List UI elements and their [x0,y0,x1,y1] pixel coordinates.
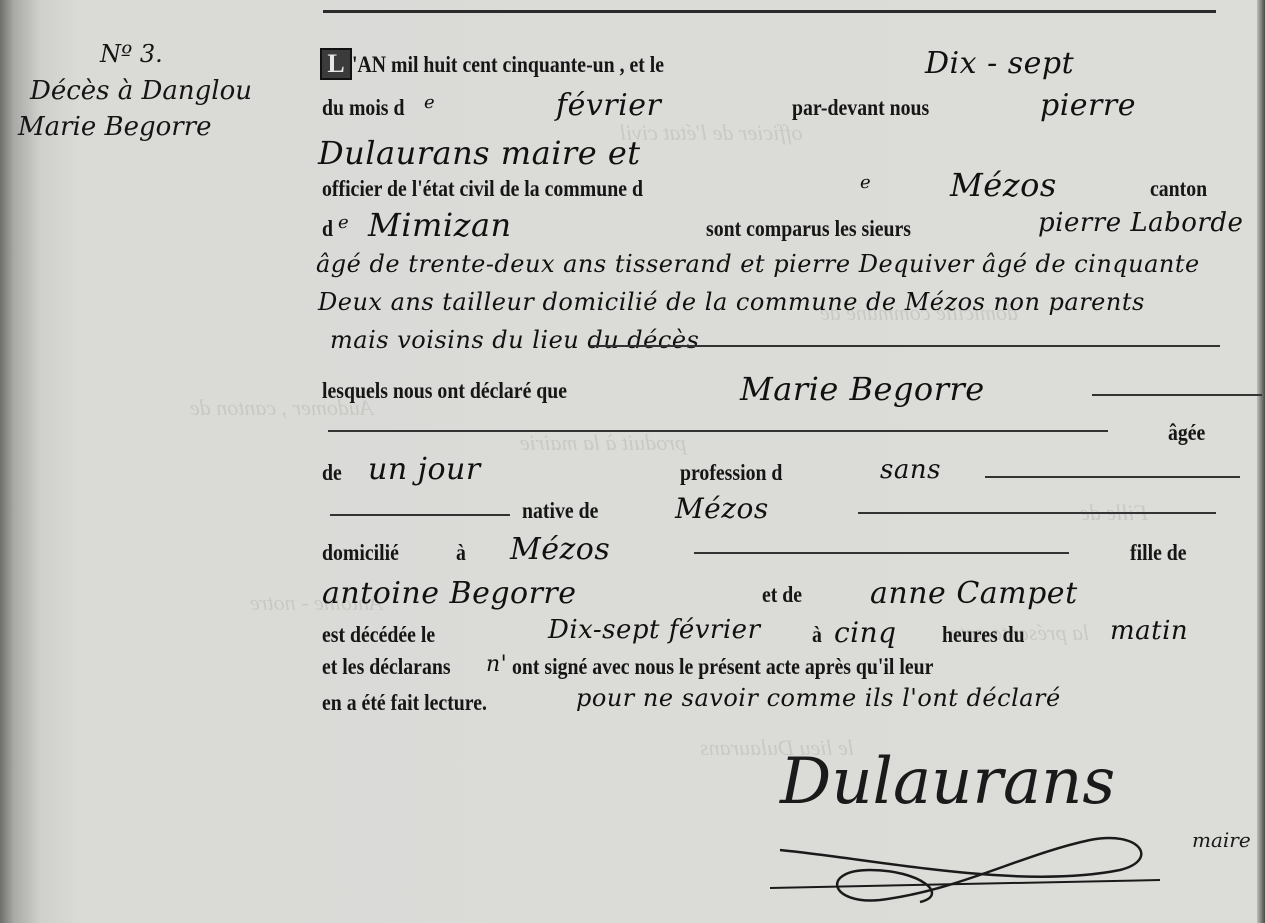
printed-text: lesquels nous ont déclaré que [322,378,567,404]
printed-text: canton [1150,176,1207,202]
printed-text: à [812,622,822,648]
handwritten-profession: sans [880,455,941,485]
handwritten-commune: Mézos [950,166,1057,204]
handwritten-text: e [424,92,435,113]
handwritten-mayor-firstname: pierre [1040,88,1136,123]
printed-text: âgée [1168,420,1205,446]
handwritten-declaration: pour ne savoir comme ils l'ont déclaré [576,684,1061,712]
handwritten-age: un jour [368,452,481,487]
record-number: Nº 3. [100,40,163,68]
printed-text: et les déclarans [322,654,451,680]
margin-note-deces: Décès à Danglou [30,76,252,106]
printed-text: native de [522,498,598,524]
fill-line [590,345,1220,347]
printed-text: par-devant nous [792,95,929,121]
printed-text: heures du [942,622,1025,648]
scanned-page: officier de l'état civil domicilié commu… [0,0,1265,923]
signature-flourish-icon [760,830,1180,910]
printed-text: 'AN mil huit cent cinquante-un , et le [352,52,664,78]
handwritten-witness-details: Deux ans tailleur domicilié de la commun… [318,288,1145,316]
fill-line [985,476,1240,478]
handwritten-time-of-day: matin [1110,616,1188,646]
top-rule [323,10,1216,13]
handwritten-day: Dix - sept [925,46,1074,81]
page-edge-shadow [1257,0,1265,923]
printed-text: est décédée le [322,622,435,648]
printed-text: d [322,216,333,242]
margin-note-name: Marie Begorre [18,112,212,142]
printed-text: officier de l'état civil de la commune d [322,176,643,202]
bleed-through-text: produit à la mairie [520,430,686,456]
printed-text: domicilié [322,540,399,566]
printed-text: profession d [680,460,782,486]
printed-text: de [322,460,342,486]
handwritten-witness1: pierre Laborde [1038,208,1243,238]
handwritten-mayor-name: Dulaurans maire et [318,134,641,172]
handwritten-witness-details: âgé de trente-deux ans tisserand et pier… [316,250,1200,278]
handwritten-negation: n' [486,652,507,677]
handwritten-deceased-name: Marie Begorre [740,370,985,408]
handwritten-domicile: Mézos [510,532,610,567]
fill-line [694,552,1069,554]
handwritten-death-hour: cinq [834,616,897,649]
handwritten-death-date: Dix-sept février [548,615,761,645]
fill-line [328,430,1108,432]
handwritten-mother-name: anne Campet [870,576,1078,611]
signature-title: maire [1192,828,1251,852]
drop-cap: L [320,48,352,80]
handwritten-text: e [338,212,349,233]
printed-text: sont comparus les sieurs [706,216,911,242]
handwritten-month: février [556,88,661,123]
printed-text: ont signé avec nous le présent acte aprè… [512,654,933,680]
handwritten-father-name: antoine Begorre [322,576,577,611]
printed-text: et de [762,582,802,608]
printed-text: en a été fait lecture. [322,690,487,716]
fill-line [1092,394,1262,396]
bleed-through-text: officier de l'état civil [620,120,802,146]
handwritten-text: e [860,172,871,193]
fill-line [330,514,510,516]
handwritten-birthplace: Mézos [675,492,769,525]
handwritten-witness-details: mais voisins du lieu du décès [330,326,699,354]
printed-text: du mois d [322,95,404,121]
mayor-signature: Dulaurans [780,745,1115,819]
fill-line [858,512,1216,514]
printed-text: à [456,540,466,566]
handwritten-canton: Mimizan [368,206,512,244]
printed-text: fille de [1130,540,1187,566]
